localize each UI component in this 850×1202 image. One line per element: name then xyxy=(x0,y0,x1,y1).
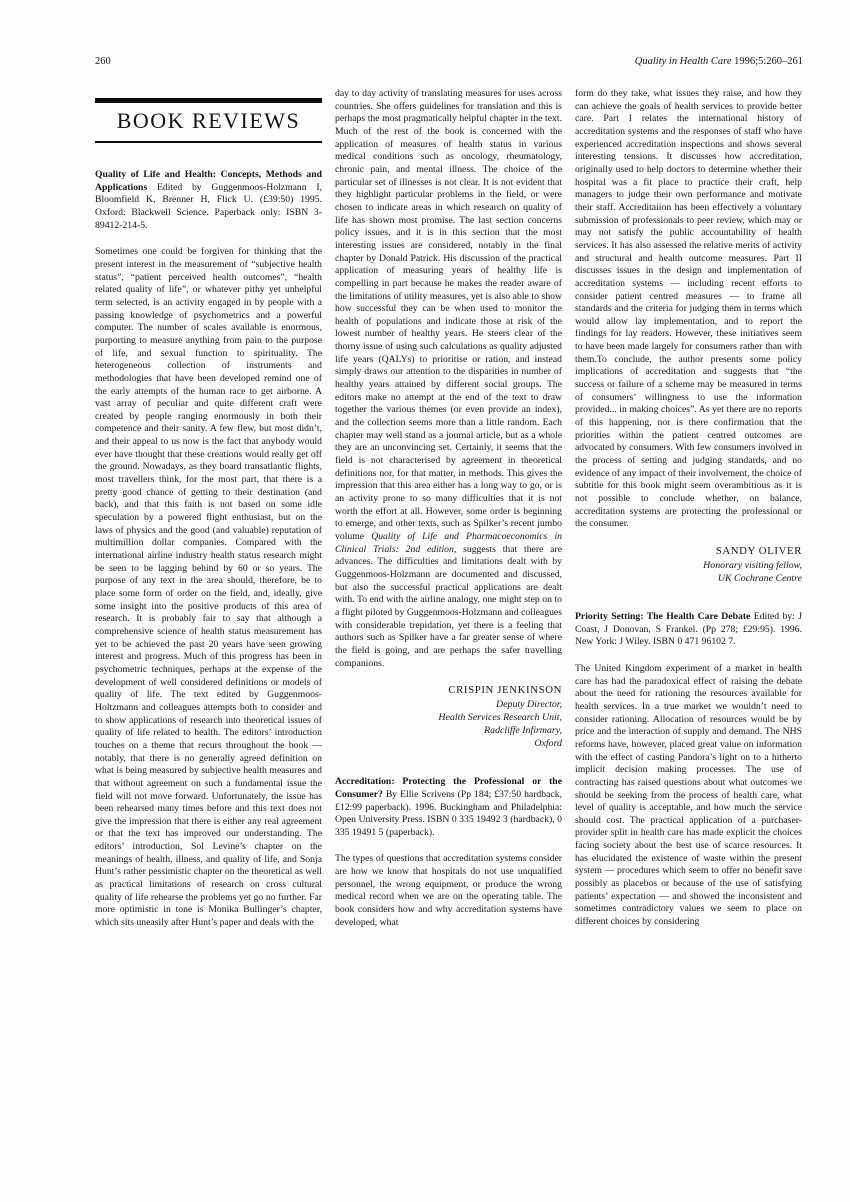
review-1-body-part-2-text: day to day activity of translating measu… xyxy=(335,88,562,542)
running-head: 260 Quality in Health Care 1996;5:260–26… xyxy=(95,56,803,68)
text-columns: BOOK REVIEWS Quality of Life and Health:… xyxy=(95,88,802,930)
review-1-heading: Quality of Life and Health: Concepts, Me… xyxy=(95,169,322,232)
review-2-signature: SANDY OLIVER Honorary visiting fellow, U… xyxy=(575,544,802,585)
review-2-body-part-2: form do they take, what issues they rais… xyxy=(575,88,802,531)
review-1-signature: CRISPIN JENKINSON Deputy Director, Healt… xyxy=(335,683,562,750)
reviewer-2-name: SANDY OLIVER xyxy=(575,544,802,559)
reviewer-2-title: Honorary visiting fellow, xyxy=(575,559,802,572)
column-left: BOOK REVIEWS Quality of Life and Health:… xyxy=(95,88,322,930)
review-3-book-title: Priority Setting: The Health Care Debate xyxy=(575,611,750,622)
review-3-heading: Priority Setting: The Health Care Debate… xyxy=(575,611,802,649)
journal-issue-ref: 1996;5:260–261 xyxy=(732,56,803,67)
journal-page: 260 Quality in Health Care 1996;5:260–26… xyxy=(0,0,850,1202)
review-1-body-part-1: Sometimes one could be forgiven for thin… xyxy=(95,246,322,929)
reviewer-1-unit: Health Services Research Unit, xyxy=(335,711,562,724)
page-number: 260 xyxy=(95,56,111,68)
review-1-body-part-2-end: , suggests that there are advances. The … xyxy=(335,544,562,669)
review-2-body-part-1: The types of questions that accreditatio… xyxy=(335,853,562,929)
reviewer-1-name: CRISPIN JENKINSON xyxy=(335,683,562,698)
review-3-body-part-1: The United Kingdom experiment of a marke… xyxy=(575,663,802,929)
section-title-box: BOOK REVIEWS xyxy=(95,98,322,143)
review-2-heading: Accreditation: Protecting the Profession… xyxy=(335,776,562,839)
reviewer-1-title: Deputy Director, xyxy=(335,698,562,711)
column-right: form do they take, what issues they rais… xyxy=(575,88,802,930)
journal-reference: Quality in Health Care 1996;5:260–261 xyxy=(635,56,803,68)
section-title: BOOK REVIEWS xyxy=(95,108,322,134)
reviewer-1-institution: Radcliffe Infirmary, xyxy=(335,724,562,737)
reviewer-2-institution: UK Cochrane Centre xyxy=(575,572,802,585)
review-1-body-part-2: day to day activity of translating measu… xyxy=(335,88,562,670)
journal-name: Quality in Health Care xyxy=(635,56,732,67)
column-middle: day to day activity of translating measu… xyxy=(335,88,562,930)
reviewer-1-city: Oxford xyxy=(335,737,562,750)
